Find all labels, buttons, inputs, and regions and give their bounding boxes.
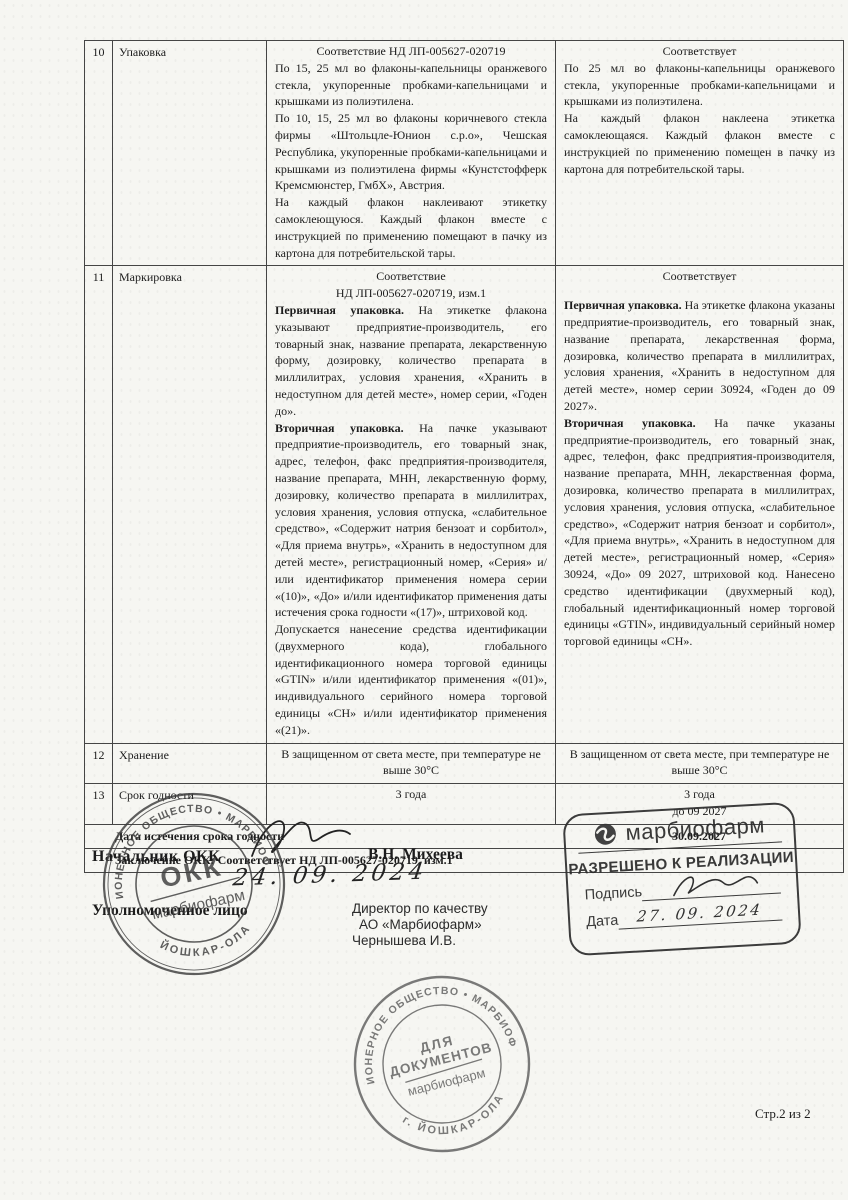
row-number: 10 — [85, 41, 113, 265]
signature-label: Подпись — [584, 884, 642, 904]
paragraph-text: На пачке указывают предприятие-производи… — [275, 421, 547, 620]
row-label: Упаковка — [113, 41, 267, 265]
spec-paragraph: По 10, 15, 25 мл во флаконы коричневого … — [275, 110, 547, 194]
for-documents-round-stamp: АКЦИОНЕРНОЕ ОБЩЕСТВО • МАРБИОФАРМ г. ЙОШ… — [350, 972, 534, 1156]
paragraph-lead: Первичная упаковка. — [564, 298, 682, 312]
spec-paragraph: Допускается нанесение средства идентифик… — [275, 621, 547, 739]
table-row-storage: 12 Хранение В защищенном от света месте,… — [85, 744, 843, 785]
quality-director-block: Директор по качеству АО «Марбиофарм» Чер… — [352, 901, 488, 949]
scanned-page: 10 Упаковка Соответствие НД ЛП-005627-02… — [0, 0, 848, 1200]
svg-text:г. ЙОШКАР-ОЛА: г. ЙОШКАР-ОЛА — [398, 1089, 513, 1148]
marbiofarm-logo-icon — [593, 822, 618, 847]
spec-paragraph: Первичная упаковка. На этикетке флакона … — [275, 302, 547, 420]
stamp-brand-word: марбиофарм — [625, 812, 766, 846]
docs-stamp-arc-top: АКЦИОНЕРНОЕ ОБЩЕСТВО • МАРБИОФАРМ — [350, 972, 519, 1090]
paragraph-text: На этикетке флакона указывают предприяти… — [275, 303, 547, 418]
spec-paragraph: Вторичная упаковка. На пачке указывают п… — [275, 420, 547, 622]
result-title: Соответствует — [564, 268, 835, 285]
spec-paragraph: На каждый флакон наклеивают этикетку сам… — [275, 194, 547, 261]
stamp-brand-row: марбиофарм — [576, 804, 782, 853]
director-name: Чернышева И.В. — [352, 933, 488, 949]
page-number: Стр.2 из 2 — [755, 1106, 811, 1122]
docs-stamp-arc-bottom: г. ЙОШКАР-ОЛА — [398, 1089, 513, 1148]
spec-title-line1: Соответствие — [275, 268, 547, 285]
shelf-life-duration: 3 года — [564, 786, 835, 803]
handwritten-release-date: 27. 09. 2024 — [636, 900, 763, 925]
result-paragraph: Первичная упаковка. На этикетке флакона … — [564, 297, 835, 415]
spec-requirement-cell: Соответствие НД ЛП-005627-020719 По 15, … — [267, 41, 556, 265]
result-cell: В защищенном от света месте, при темпера… — [556, 744, 843, 784]
table-row-packaging: 10 Упаковка Соответствие НД ЛП-005627-02… — [85, 41, 843, 266]
result-cell: Соответствует Первичная упаковка. На эти… — [556, 266, 843, 742]
okk-stamp-center: ОКК — [158, 851, 226, 893]
date-line: 27. 09. 2024 — [618, 899, 783, 929]
table-row-marking: 11 Маркировка Соответствие НД ЛП-005627-… — [85, 266, 843, 743]
result-paragraph: Вторичная упаковка. На пачке указаны пре… — [564, 415, 835, 650]
row-label: Маркировка — [113, 266, 267, 742]
spec-requirement-cell: В защищенном от света месте, при темпера… — [267, 744, 556, 784]
spec-paragraph: По 15, 25 мл во флаконы-капельницы оранж… — [275, 60, 547, 110]
result-title: Соответствует — [564, 43, 835, 60]
svg-text:АКЦИОНЕРНОЕ ОБЩЕСТВО • МАРБИОФ: АКЦИОНЕРНОЕ ОБЩЕСТВО • МАРБИОФАРМ — [350, 972, 519, 1090]
paragraph-lead: Вторичная упаковка. — [564, 416, 696, 430]
date-label: Дата — [586, 913, 619, 932]
row-label: Хранение — [113, 744, 267, 784]
result-paragraph: На каждый флакон наклеена этикетка самок… — [564, 110, 835, 177]
row-number: 11 — [85, 266, 113, 742]
spec-title-line2: НД ЛП-005627-020719, изм.1 — [275, 285, 547, 302]
row-number: 12 — [85, 744, 113, 784]
director-company: АО «Марбиофарм» — [352, 917, 488, 933]
result-paragraph: По 25 мл во флаконы-капельницы оранжевог… — [564, 60, 835, 110]
director-title: Директор по качеству — [352, 901, 488, 917]
signature-line — [641, 873, 781, 902]
paragraph-lead: Вторичная упаковка. — [275, 421, 404, 435]
spec-requirement-cell: Соответствие НД ЛП-005627-020719, изм.1 … — [267, 266, 556, 742]
handwritten-signature-small — [669, 867, 763, 902]
conformity-table: 10 Упаковка Соответствие НД ЛП-005627-02… — [84, 40, 844, 873]
spec-title: Соответствие НД ЛП-005627-020719 — [275, 43, 547, 60]
release-permission-stamp: марбиофарм РАЗРЕШЕНО К РЕАЛИЗАЦИИ Подпис… — [562, 802, 802, 957]
paragraph-lead: Первичная упаковка. — [275, 303, 404, 317]
signature-line-row: Подпись — [584, 873, 781, 905]
okk-round-stamp: АКЦИОНЕРНОЕ ОБЩЕСТВО • МАРБИОФАРМ ЙОШКАР… — [98, 788, 290, 980]
date-line-row: Дата 27. 09. 2024 — [586, 899, 783, 931]
result-cell: Соответствует По 25 мл во флаконы-капель… — [556, 41, 843, 265]
paragraph-text: На этикетке флакона указаны предприятие-… — [564, 298, 835, 413]
paragraph-text: На пачке указаны предприятие-производите… — [564, 416, 835, 648]
